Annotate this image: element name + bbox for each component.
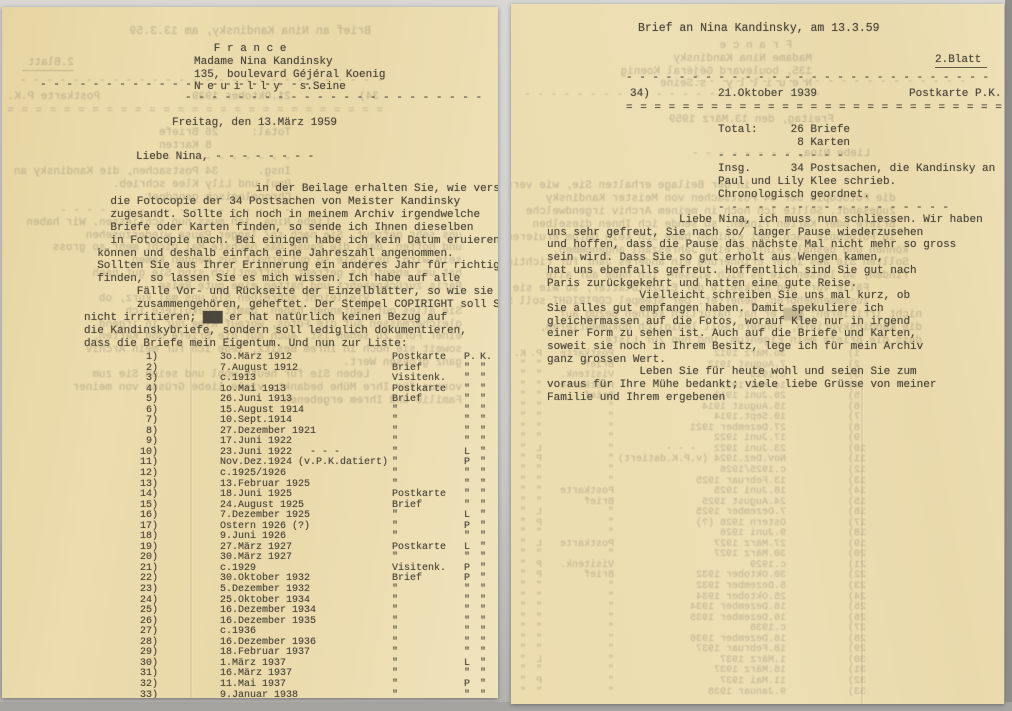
- letter-list-row: 4)1o.Mai 1913Postkarte"": [120, 385, 494, 396]
- letter-list-row: 30)1.März 1937"L": [120, 659, 494, 670]
- list-cell-m2: K.: [480, 353, 492, 363]
- entry-34-number: 34): [630, 88, 650, 100]
- list-cell-m1: ": [464, 606, 470, 616]
- entry-34-type: Postkarte P.K.: [909, 88, 1001, 100]
- list-cell-m2: ": [480, 374, 486, 384]
- list-cell-m1: ": [464, 490, 470, 500]
- letter-scan-viewer: { "meta": { "description": "Scanned two-…: [0, 0, 1012, 711]
- letter-list-row: 11)Nov.Dez.1924 (v.P.K.datiert)"P": [120, 458, 494, 469]
- list-cell-date: c.1925/1926: [220, 469, 286, 479]
- scanner-edge-right: [1005, 0, 1012, 711]
- letter-list-row: 26)16.Dezember 1935""": [120, 617, 494, 628]
- list-cell-type: Postkarte: [392, 490, 446, 500]
- letter-list-row: 1)3o.März 1912PostkarteP.K.: [120, 353, 494, 364]
- letter-list-row: 14)18.Juni 1925Postkarte"": [120, 490, 494, 501]
- list-cell-date: 5.Dezember 1932: [220, 585, 310, 595]
- list-cell-type: ": [392, 606, 398, 616]
- page-1-content: F r a n c e Madame Nina Kandinsky 135, b…: [2, 7, 498, 698]
- letter-list-row: 19)27.März 1927PostkarteL": [120, 543, 494, 554]
- entry-34-row: 34) 21.Oktober 1939 Postkarte P.K.: [511, 88, 1004, 100]
- page-2: F r a n c e Madame Nina Kandinsky 135, b…: [511, 4, 1004, 704]
- page-2-content: Brief an Nina Kandinsky, am 13.3.59 2.Bl…: [511, 4, 1004, 704]
- list-cell-type: ": [392, 469, 398, 479]
- letter-list-row: 8)27.Dezember 1921""": [120, 427, 494, 438]
- list-cell-type: ": [392, 585, 398, 595]
- list-cell-num: 33): [120, 691, 158, 699]
- list-cell-num: 25): [120, 606, 158, 616]
- list-cell-type: Postkarte: [392, 543, 446, 553]
- sheet-number: 2.Blatt: [935, 54, 987, 68]
- page2-header: Brief an Nina Kandinsky, am 13.3.59: [638, 22, 880, 35]
- dash-rule: - - - - - - - - - - - - - - - - - - - - …: [40, 79, 311, 91]
- list-cell-num: 3): [120, 374, 158, 384]
- list-cell-num: 1): [120, 353, 158, 363]
- list-cell-date: 16.Dezember 1934: [220, 606, 316, 616]
- totals-block: Total: 26 Briefe 8 Karten - - - - - - - …: [718, 124, 995, 215]
- list-cell-m2: ": [480, 585, 486, 595]
- letter-list-row: 12)c.1925/1926""": [120, 469, 494, 480]
- list-cell-m1: P.: [464, 353, 476, 363]
- list-cell-date: 18.Juni 1925: [220, 490, 292, 500]
- letter-body-page2: Liebe Nina, ich muss nun schliessen. Wir…: [547, 214, 983, 405]
- list-cell-type: Visitenk.: [392, 374, 446, 384]
- double-dash-rule: = = = = = = = = = = = = = = = = = = = = …: [626, 102, 1004, 114]
- list-cell-date: 11.Mai 1937: [220, 680, 286, 690]
- list-cell-m1: ": [464, 469, 470, 479]
- letter-date: Freitag, den 13.März 1959: [172, 117, 337, 129]
- dash-rule: - - - - - - - - - - - - - - - - - - - - …: [185, 92, 482, 104]
- list-cell-m2: ": [480, 490, 486, 500]
- letter-list-row: 23)5.Dezember 1932""": [120, 585, 494, 596]
- letter-list-row: 31)16.März 1937""": [120, 669, 494, 680]
- letter-list-row: 17)Ostern 1926 (?)"P": [120, 522, 494, 533]
- list-cell-date: 3o.März 1912: [220, 353, 292, 363]
- salutation: Liebe Nina, - - - - - - - -: [136, 151, 314, 163]
- letter-list-row: 6)15.August 1914""": [120, 406, 494, 417]
- list-cell-date: 9.Januar 1938: [220, 691, 298, 699]
- list-cell-m1: ": [464, 691, 470, 699]
- letter-list: 1)3o.März 1912PostkarteP.K.2)7.August 19…: [120, 353, 494, 695]
- list-cell-date: c.1913: [220, 374, 256, 384]
- list-cell-type: ": [392, 691, 398, 699]
- page-1: Brief an Nina Kandinsky, am 13.3.59 2.Bl…: [2, 7, 498, 698]
- list-cell-num: 32): [120, 680, 158, 690]
- list-cell-num: 23): [120, 585, 158, 595]
- list-cell-num: 14): [120, 490, 158, 500]
- list-cell-m2: ": [480, 469, 486, 479]
- list-cell-m2: ": [480, 680, 486, 690]
- letter-body-page1: in der Beilage erhalten Sie, wie verspro…: [84, 183, 498, 351]
- letter-list-row: 33)9.Januar 1938""": [120, 691, 494, 699]
- list-cell-m1: P: [464, 680, 470, 690]
- letter-list-row: 32)11.Mai 1937"P": [120, 680, 494, 691]
- list-cell-m1: ": [464, 585, 470, 595]
- letter-list-row: 29)18.Februar 1937""": [120, 648, 494, 659]
- list-cell-m2: ": [480, 606, 486, 616]
- entry-34-date: 21.Oktober 1939: [718, 88, 817, 100]
- list-cell-m2: ": [480, 691, 486, 699]
- list-cell-num: 12): [120, 469, 158, 479]
- dash-rule: - - - - - - - - - - - - - - - - - - - - …: [626, 72, 989, 84]
- list-cell-type: Postkarte: [392, 353, 446, 363]
- list-cell-m1: ": [464, 374, 470, 384]
- list-cell-type: ": [392, 680, 398, 690]
- letter-list-row: 5)26.Juni 1913Brief"": [120, 395, 494, 406]
